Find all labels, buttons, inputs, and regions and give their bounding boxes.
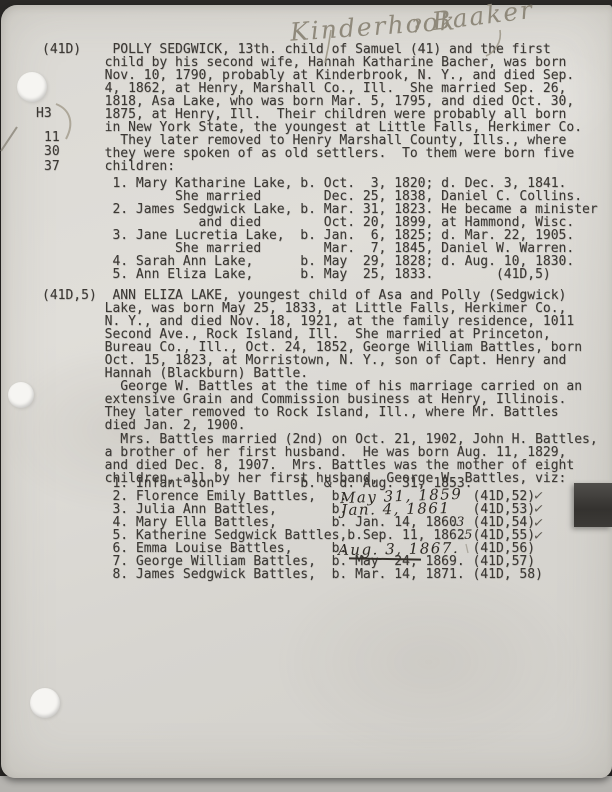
typed-list-lake-children: 1. Mary Katharine Lake, b. Oct. 3, 1820;… [42,177,598,281]
pencil-note-question-mark: ? [411,16,423,38]
typed-line: children: [42,160,582,173]
typed-line: and died Dec. 8, 1907. Mrs. Battles was … [42,459,598,472]
handwritten-date-emma: Aug. 3, 1867. [338,539,459,559]
typed-line: 5. Ann Eliza Lake, b. May 25, 1833. (41D… [42,268,598,281]
handwritten-correction-katherine: .5 [460,528,472,543]
typed-section-polly-sedgwick: (41D) POLLY SEDGWICK, 13th. child of Sam… [42,43,582,173]
checkmark-icon: ✓ [532,528,545,544]
handwritten-date-julia: Jan. 4, 1861 [341,499,451,519]
binder-tab [574,483,612,527]
typed-line: died Jan. 2, 1900. [42,419,598,432]
typed-section-ann-eliza-lake: (41D,5) ANN ELIZA LAKE, youngest child o… [42,289,598,485]
typed-line: a brother of her first husband. He was b… [42,446,598,459]
punch-hole-bottom [30,688,60,718]
typed-line: 8. James Sedgwick Battles, b. Mar. 14, 1… [42,568,543,581]
scanner-background [0,776,612,792]
typed-line: Mrs. Battles married (2nd) on Oct. 21, 1… [42,433,598,446]
scanned-page: Kinderhook ? Baaker H3 11 30 37 (41D) PO… [0,0,612,792]
punch-hole-middle [8,382,34,408]
